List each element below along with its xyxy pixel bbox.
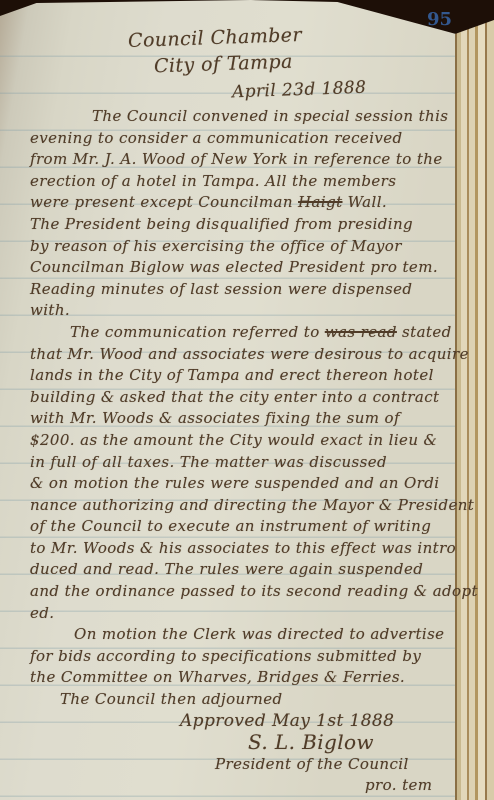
handwritten-text: building & asked that the city enter int…: [30, 388, 439, 406]
handwritten-text: the Committee on Wharves, Bridges & Ferr…: [30, 668, 405, 686]
manuscript-line: The Council then adjourned: [30, 689, 440, 711]
handwritten-text: $200. as the amount the City would exact…: [30, 431, 437, 449]
handwritten-text: On motion the Clerk was directed to adve…: [74, 625, 444, 643]
manuscript-line: President of the Council: [30, 754, 440, 776]
handwritten-text: from Mr. J. A. Wood of New York in refer…: [30, 150, 443, 168]
manuscript-line: nance authorizing and directing the Mayo…: [30, 495, 440, 517]
handwritten-text: Wall.: [343, 193, 388, 211]
manuscript-line: S. L. Biglow: [30, 732, 440, 754]
manuscript-line: erection of a hotel in Tampa. All the me…: [30, 171, 440, 193]
handwritten-text: The President being disqualified from pr…: [30, 215, 413, 233]
manuscript-line: & on motion the rules were suspended and…: [30, 473, 440, 495]
handwritten-text: The communication referred to: [70, 323, 325, 341]
handwritten-text: Approved May 1st 1888: [180, 711, 394, 731]
handwritten-text: nance authorizing and directing the Mayo…: [30, 496, 474, 514]
handwritten-text: by reason of his exercising the office o…: [30, 237, 402, 255]
manuscript-line: of the Council to execute an instrument …: [30, 516, 440, 538]
handwritten-text: and the ordinance passed to its second r…: [30, 582, 478, 600]
handwritten-text: duced and read. The rules were again sus…: [30, 560, 423, 578]
handwritten-text: lands in the City of Tampa and erect the…: [30, 366, 434, 384]
handwritten-text: that Mr. Wood and associates were desiro…: [30, 345, 469, 363]
manuscript-line: The President being disqualified from pr…: [30, 214, 440, 236]
page-number: 95: [427, 9, 452, 30]
manuscript-line: by reason of his exercising the office o…: [30, 236, 440, 258]
handwritten-text: pro. tem: [365, 776, 432, 794]
handwritten-text: of the Council to execute an instrument …: [30, 517, 431, 535]
handwritten-text: to Mr. Woods & his associates to this ef…: [30, 539, 456, 557]
handwritten-text: for bids according to specifications sub…: [30, 647, 421, 665]
manuscript-line: On motion the Clerk was directed to adve…: [30, 624, 440, 646]
handwritten-text: with Mr. Woods & associates fixing the s…: [30, 409, 400, 427]
manuscript-line: Councilman Biglow was elected President …: [30, 257, 440, 279]
manuscript-line: were present except Councilman Haigt Wal…: [30, 192, 440, 214]
manuscript-line: evening to consider a communication rece…: [30, 128, 440, 150]
handwritten-text: President of the Council: [215, 755, 409, 773]
struck-word: Haigt: [298, 193, 342, 211]
handwritten-text: stated: [397, 323, 452, 341]
manuscript-line: building & asked that the city enter int…: [30, 387, 440, 409]
manuscript-line: The Council convened in special session …: [30, 106, 440, 128]
manuscript-line: ed.: [30, 603, 440, 625]
manuscript-line: duced and read. The rules were again sus…: [30, 559, 440, 581]
manuscript-line: Approved May 1st 1888: [30, 711, 440, 733]
manuscript-line: with.: [30, 300, 440, 322]
handwritten-text: Councilman Biglow was elected President …: [30, 258, 438, 276]
handwritten-text: erection of a hotel in Tampa. All the me…: [30, 172, 396, 190]
manuscript: The Council convened in special session …: [30, 106, 440, 797]
handwritten-text: with.: [30, 301, 70, 319]
handwritten-text: evening to consider a communication rece…: [30, 129, 403, 147]
handwritten-text: Reading minutes of last session were dis…: [30, 280, 412, 298]
manuscript-line: for bids according to specifications sub…: [30, 646, 440, 668]
handwritten-text: The Council convened in special session …: [92, 107, 448, 125]
manuscript-line: and the ordinance passed to its second r…: [30, 581, 440, 603]
handwritten-text: were present except Councilman: [30, 193, 298, 211]
handwritten-text: in full of all taxes. The matter was dis…: [30, 453, 387, 471]
manuscript-line: lands in the City of Tampa and erect the…: [30, 365, 440, 387]
handwritten-text: The Council then adjourned: [60, 690, 283, 708]
handwritten-text: & on motion the rules were suspended and…: [30, 474, 439, 492]
manuscript-line: The communication referred to was read s…: [30, 322, 440, 344]
manuscript-line: that Mr. Wood and associates were desiro…: [30, 344, 440, 366]
struck-word: was read: [325, 323, 397, 341]
book-page-edges: [455, 0, 494, 800]
manuscript-line: Reading minutes of last session were dis…: [30, 279, 440, 301]
ledger-photo: { "page_number": "95", "header": { "line…: [0, 0, 494, 800]
handwritten-text: S. L. Biglow: [248, 730, 374, 754]
manuscript-line: in full of all taxes. The matter was dis…: [30, 452, 440, 474]
manuscript-line: the Committee on Wharves, Bridges & Ferr…: [30, 667, 440, 689]
manuscript-line: from Mr. J. A. Wood of New York in refer…: [30, 149, 440, 171]
handwritten-text: ed.: [30, 604, 54, 622]
manuscript-line: to Mr. Woods & his associates to this ef…: [30, 538, 440, 560]
manuscript-line: with Mr. Woods & associates fixing the s…: [30, 408, 440, 430]
manuscript-line: $200. as the amount the City would exact…: [30, 430, 440, 452]
manuscript-line: pro. tem: [30, 775, 440, 797]
